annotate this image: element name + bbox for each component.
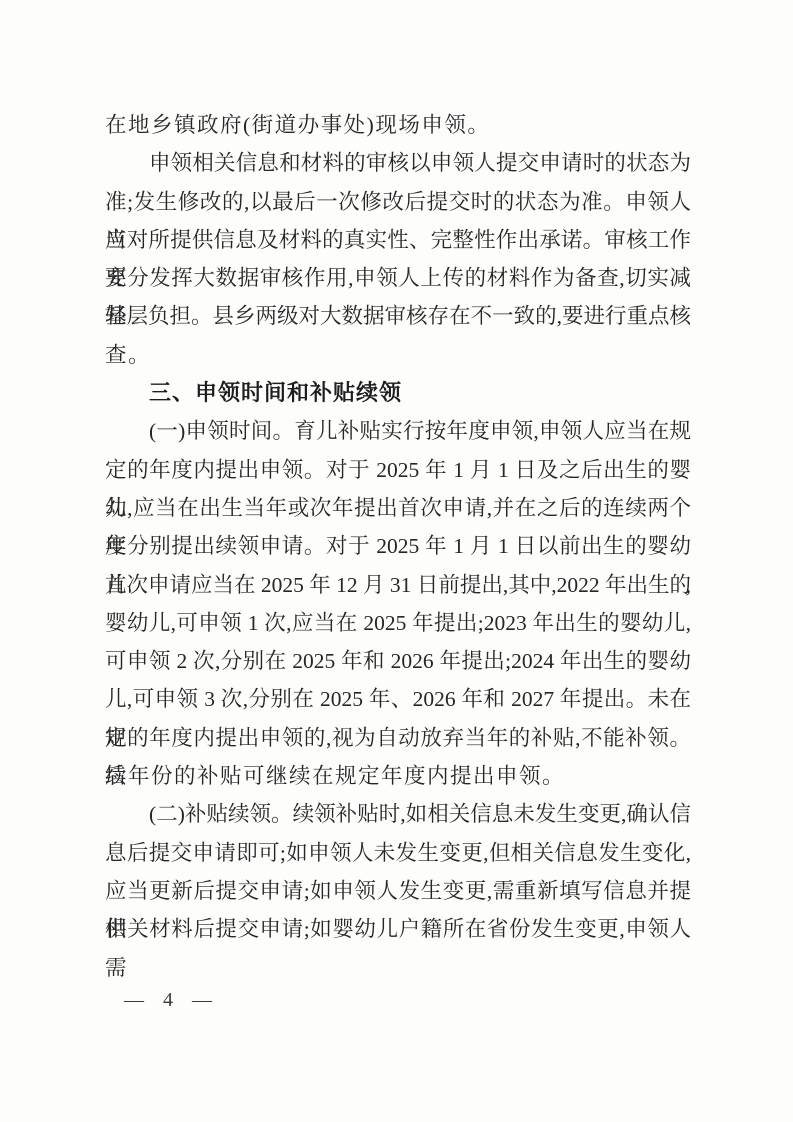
text-line: 申领相关信息和材料的审核以申领人提交申请时的状态为 xyxy=(105,144,691,182)
document-page: 在地乡镇政府(街道办事处)现场申领。申领相关信息和材料的审核以申领人提交申请时的… xyxy=(0,0,793,1122)
text-line: 息后提交申请即可;如申领人未发生变更,但相关信息发生变化, xyxy=(105,834,691,872)
text-line: 查。 xyxy=(105,336,691,374)
text-line: (二)补贴续领。续领补贴时,如相关信息未发生变更,确认信 xyxy=(105,795,691,833)
text-line: 准;发生修改的,以最后一次修改后提交时的状态为准。申领人应 xyxy=(105,183,691,221)
text-line: 婴幼儿,可申领 1 次,应当在 2025 年提出;2023 年出生的婴幼儿, xyxy=(105,604,691,642)
text-line: 度分别提出续领申请。对于 2025 年 1 月 1 日以前出生的婴幼儿, xyxy=(105,527,691,565)
text-line: 可申领 2 次,分别在 2025 年和 2026 年提出;2024 年出生的婴幼 xyxy=(105,642,691,680)
text-line: (一)申领时间。育儿补贴实行按年度申领,申领人应当在规 xyxy=(105,412,691,450)
text-line: 当对所提供信息及材料的真实性、完整性作出承诺。审核工作要 xyxy=(105,221,691,259)
text-line: 充分发挥大数据审核作用,申领人上传的材料作为备查,切实减轻 xyxy=(105,259,691,297)
text-line: 儿,应当在出生当年或次年提出首次申请,并在之后的连续两个年 xyxy=(105,489,691,527)
text-line: 定的年度内提出申领。对于 2025 年 1 月 1 日及之后出生的婴幼 xyxy=(105,451,691,489)
section-heading: 三、申领时间和补贴续领 xyxy=(105,374,691,412)
text-line: 首次申请应当在 2025 年 12 月 31 日前提出,其中,2022 年出生的 xyxy=(105,566,691,604)
text-line: 在地乡镇政府(街道办事处)现场申领。 xyxy=(105,106,691,144)
page-number: — 4 — xyxy=(124,985,214,1015)
text-line: 定的年度内提出申领的,视为自动放弃当年的补贴,不能补领。后 xyxy=(105,719,691,757)
text-line: 基层负担。县乡两级对大数据审核存在不一致的,要进行重点核 xyxy=(105,297,691,335)
text-line: 相关材料后提交申请;如婴幼儿户籍所在省份发生变更,申领人需 xyxy=(105,910,691,948)
text-line: 儿,可申领 3 次,分别在 2025 年、2026 年和 2027 年提出。未在… xyxy=(105,680,691,718)
text-line: 应当更新后提交申请;如申领人发生变更,需重新填写信息并提供 xyxy=(105,872,691,910)
text-line: 续年份的补贴可继续在规定年度内提出申领。 xyxy=(105,757,691,795)
document-body: 在地乡镇政府(街道办事处)现场申领。申领相关信息和材料的审核以申领人提交申请时的… xyxy=(105,106,691,949)
